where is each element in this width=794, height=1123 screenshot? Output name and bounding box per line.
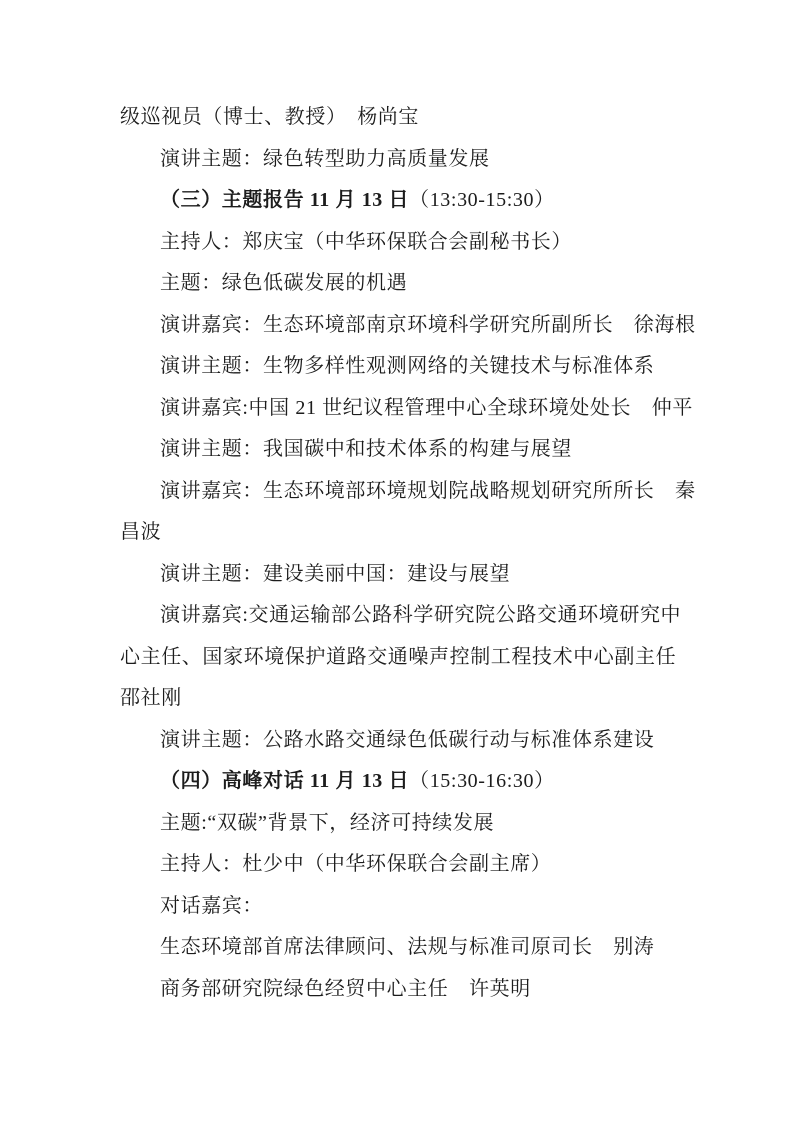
document-line: 生态环境部首席法律顾问、法规与标准司原司长 别涛 xyxy=(120,927,676,969)
document-line: 主持人：杜少中（中华环保联合会副主席） xyxy=(120,844,676,886)
document-line: 主题：绿色低碳发展的机遇 xyxy=(120,263,676,305)
document-line: 演讲嘉宾:中国 21 世纪议程管理中心全球环境处处长 仲平 xyxy=(120,388,676,430)
document-content: 级巡视员（博士、教授） 杨尚宝演讲主题：绿色转型助力高质量发展（三）主题报告 1… xyxy=(120,97,676,1010)
document-line: 级巡视员（博士、教授） 杨尚宝 xyxy=(120,97,676,139)
document-line: 演讲主题：绿色转型助力高质量发展 xyxy=(120,139,676,181)
document-line: 演讲主题：生物多样性观测网络的关键技术与标准体系 xyxy=(120,346,676,388)
document-line: 演讲嘉宾：生态环境部环境规划院战略规划研究所所长 秦 xyxy=(120,471,676,513)
document-line: 心主任、国家环境保护道路交通噪声控制工程技术中心副主任 xyxy=(120,637,676,679)
document-line: 演讲嘉宾:交通运输部公路科学研究院公路交通环境研究中 xyxy=(120,595,676,637)
document-line: 演讲主题：我国碳中和技术体系的构建与展望 xyxy=(120,429,676,471)
document-heading-line: （四）高峰对话 11 月 13 日（15:30-16:30） xyxy=(120,761,676,803)
document-line: 主题:“双碳”背景下，经济可持续发展 xyxy=(120,803,676,845)
document-page: 级巡视员（博士、教授） 杨尚宝演讲主题：绿色转型助力高质量发展（三）主题报告 1… xyxy=(0,0,794,1123)
document-heading-line: （三）主题报告 11 月 13 日（13:30-15:30） xyxy=(120,180,676,222)
document-line: 商务部研究院绿色经贸中心主任 许英明 xyxy=(120,969,676,1011)
document-line: 演讲嘉宾：生态环境部南京环境科学研究所副所长 徐海根 xyxy=(120,305,676,347)
heading-bold-text: （四）高峰对话 11 月 13 日 xyxy=(160,770,409,792)
heading-bold-text: （三）主题报告 11 月 13 日 xyxy=(160,189,409,211)
document-line: 对话嘉宾： xyxy=(120,886,676,928)
document-line: 邵社刚 xyxy=(120,678,676,720)
document-line: 演讲主题：建设美丽中国：建设与展望 xyxy=(120,554,676,596)
document-line: 演讲主题：公路水路交通绿色低碳行动与标准体系建设 xyxy=(120,720,676,762)
document-line: 昌波 xyxy=(120,512,676,554)
document-line: 主持人：郑庆宝（中华环保联合会副秘书长） xyxy=(120,222,676,264)
